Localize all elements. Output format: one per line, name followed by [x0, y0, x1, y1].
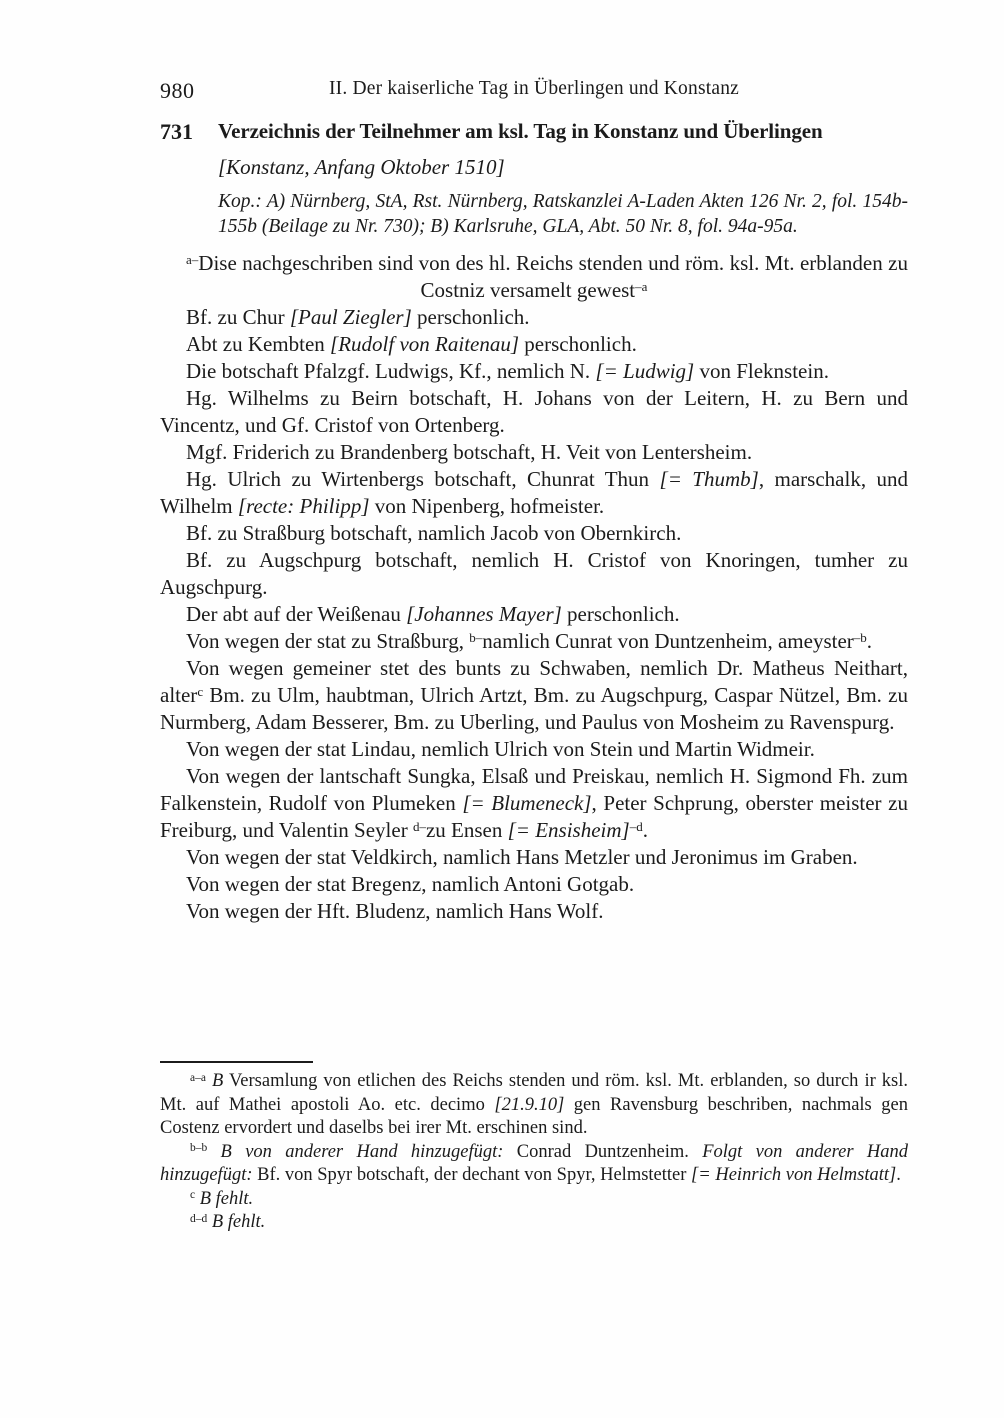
footnote-marker: c: [190, 1189, 195, 1201]
text-segment: [Paul Ziegler]: [290, 305, 412, 329]
paragraph: a–Dise nachgeschriben sind von des hl. R…: [160, 250, 908, 304]
paragraph: Bf. zu Chur [Paul Ziegler] perschonlich.: [160, 304, 908, 331]
paragraph: Bf. zu Straßburg botschaft, namlich Jaco…: [160, 520, 908, 547]
footnote-separator: [160, 1061, 313, 1063]
paragraph: Von wegen der stat Veldkirch, namlich Ha…: [160, 844, 908, 871]
text-segment: .: [643, 818, 648, 842]
book-page: 980 II. Der kaiserliche Tag in Überlinge…: [0, 0, 1004, 1418]
document-title: Verzeichnis der Teilnehmer am ksl. Tag i…: [218, 119, 823, 145]
text-segment: [recte: Philipp]: [238, 494, 370, 518]
paragraph: Von wegen der lantschaft Sungka, Elsaß u…: [160, 763, 908, 844]
text-segment: Die botschaft Pfalzgf. Ludwigs, Kf., nem…: [186, 359, 595, 383]
paragraph: Der abt auf der Weißenau [Johannes Mayer…: [160, 601, 908, 628]
text-segment: B: [212, 1071, 223, 1091]
paragraph: Von wegen der stat Bregenz, namlich Anto…: [160, 871, 908, 898]
paragraph: Hg. Ulrich zu Wirtenbergs botschaft, Chu…: [160, 466, 908, 520]
paragraph: Die botschaft Pfalzgf. Ludwigs, Kf., nem…: [160, 358, 908, 385]
footnote: b–b B von anderer Hand hinzugefügt: Conr…: [160, 1141, 908, 1188]
footnote-marker: b–b: [190, 1142, 207, 1154]
text-segment: Der abt auf der Weißenau: [186, 602, 406, 626]
footnote-marker: a–a: [190, 1072, 206, 1084]
text-segment: Bf. zu Augschpurg botschaft, nemlich H. …: [160, 548, 908, 599]
footnote-list: a–a B Versamlung von etlichen des Reichs…: [160, 1070, 908, 1235]
paragraph: Hg. Wilhelms zu Beirn botschaft, H. Joha…: [160, 385, 908, 439]
text-segment: .: [867, 629, 872, 653]
footnote-marker: c: [197, 684, 203, 699]
text-segment: [= Ensisheim]: [508, 818, 630, 842]
text-segment: Conrad Duntzenheim.: [503, 1142, 702, 1162]
text-segment: namlich Cunrat von Duntzenheim, ameyster: [482, 629, 853, 653]
running-head-title: II. Der kaiserliche Tag in Überlingen un…: [160, 78, 908, 100]
text-segment: [207, 1142, 220, 1162]
footnote-marker: d–: [413, 819, 426, 834]
document-heading: 731 Verzeichnis der Teilnehmer am ksl. T…: [160, 119, 908, 145]
running-head: 980 II. Der kaiserliche Tag in Überlinge…: [160, 78, 908, 100]
footnote-marker: –d: [630, 819, 643, 834]
document-date: [Konstanz, Anfang Oktober 1510]: [218, 155, 505, 180]
text-segment: von Fleknstein.: [694, 359, 829, 383]
document-body: a–Dise nachgeschriben sind von des hl. R…: [160, 250, 908, 925]
text-segment: .: [896, 1165, 901, 1185]
footnote-marker: a–: [186, 252, 198, 267]
text-segment: perschonlich.: [519, 332, 637, 356]
footnote: a–a B Versamlung von etlichen des Reichs…: [160, 1070, 908, 1141]
text-segment: B fehlt.: [200, 1189, 253, 1209]
footnote-marker: d–d: [190, 1213, 207, 1225]
text-segment: Hg. Wilhelms zu Beirn botschaft, H. Joha…: [160, 386, 908, 437]
text-segment: [= Blumeneck]: [462, 791, 591, 815]
paragraph: Von wegen der stat zu Straßburg, b–namli…: [160, 628, 908, 655]
footnote-marker: –a: [635, 279, 647, 294]
page-number: 980: [160, 78, 195, 104]
text-segment: perschonlich.: [412, 305, 530, 329]
text-segment: von Nipenberg, hofmeister.: [370, 494, 605, 518]
text-segment: [21.9.10]: [494, 1095, 564, 1115]
text-segment: perschonlich.: [562, 602, 680, 626]
text-segment: [Johannes Mayer]: [406, 602, 562, 626]
text-segment: Hg. Ulrich zu Wirtenbergs botschaft, Chu…: [186, 467, 660, 491]
footnote-section: a–a B Versamlung von etlichen des Reichs…: [160, 1061, 908, 1235]
text-segment: B von anderer Hand hinzugefügt:: [221, 1142, 504, 1162]
text-segment: Mgf. Friderich zu Brandenberg botschaft,…: [186, 440, 752, 464]
document-number: 731: [160, 119, 218, 145]
footnote-marker: –b: [854, 630, 867, 645]
paragraph: Mgf. Friderich zu Brandenberg botschaft,…: [160, 439, 908, 466]
text-segment: Von wegen der stat Veldkirch, namlich Ha…: [186, 845, 858, 869]
text-segment: Von wegen der stat Bregenz, namlich Anto…: [186, 872, 634, 896]
paragraph: Von wegen gemeiner stet des bunts zu Sch…: [160, 655, 908, 736]
paragraph: Abt zu Kembten [Rudolf von Raitenau] per…: [160, 331, 908, 358]
text-segment: [= Heinrich von Helmstatt]: [691, 1165, 896, 1185]
text-segment: Bf. zu Straßburg botschaft, namlich Jaco…: [186, 521, 681, 545]
text-segment: [= Thumb]: [660, 467, 759, 491]
text-segment: Von wegen der stat Lindau, nemlich Ulric…: [186, 737, 815, 761]
text-segment: Bm. zu Ulm, haubtman, Ulrich Artzt, Bm. …: [160, 683, 908, 734]
text-segment: Von wegen der stat zu Straßburg,: [186, 629, 469, 653]
text-segment: Von wegen der Hft. Bludenz, namlich Hans…: [186, 899, 603, 923]
text-segment: Dise nachgeschriben sind von des hl. Rei…: [198, 251, 908, 302]
text-segment: Bf. zu Chur: [186, 305, 290, 329]
text-segment: zu Ensen: [426, 818, 508, 842]
text-segment: Bf. von Spyr botschaft, der dechant von …: [253, 1165, 692, 1185]
text-segment: B fehlt.: [212, 1212, 265, 1232]
text-segment: [Rudolf von Raitenau]: [330, 332, 519, 356]
text-block: 980 II. Der kaiserliche Tag in Überlinge…: [160, 0, 908, 1418]
footnote: d–d B fehlt.: [160, 1211, 908, 1235]
paragraph: Von wegen der Hft. Bludenz, namlich Hans…: [160, 898, 908, 925]
document-source: Kop.: A) Nürnberg, StA, Rst. Nürnberg, R…: [218, 189, 908, 239]
footnote-marker: b–: [469, 630, 482, 645]
text-segment: Abt zu Kembten: [186, 332, 330, 356]
footnote: c B fehlt.: [160, 1188, 908, 1212]
paragraph: Bf. zu Augschpurg botschaft, nemlich H. …: [160, 547, 908, 601]
text-segment: [= Ludwig]: [595, 359, 694, 383]
paragraph: Von wegen der stat Lindau, nemlich Ulric…: [160, 736, 908, 763]
